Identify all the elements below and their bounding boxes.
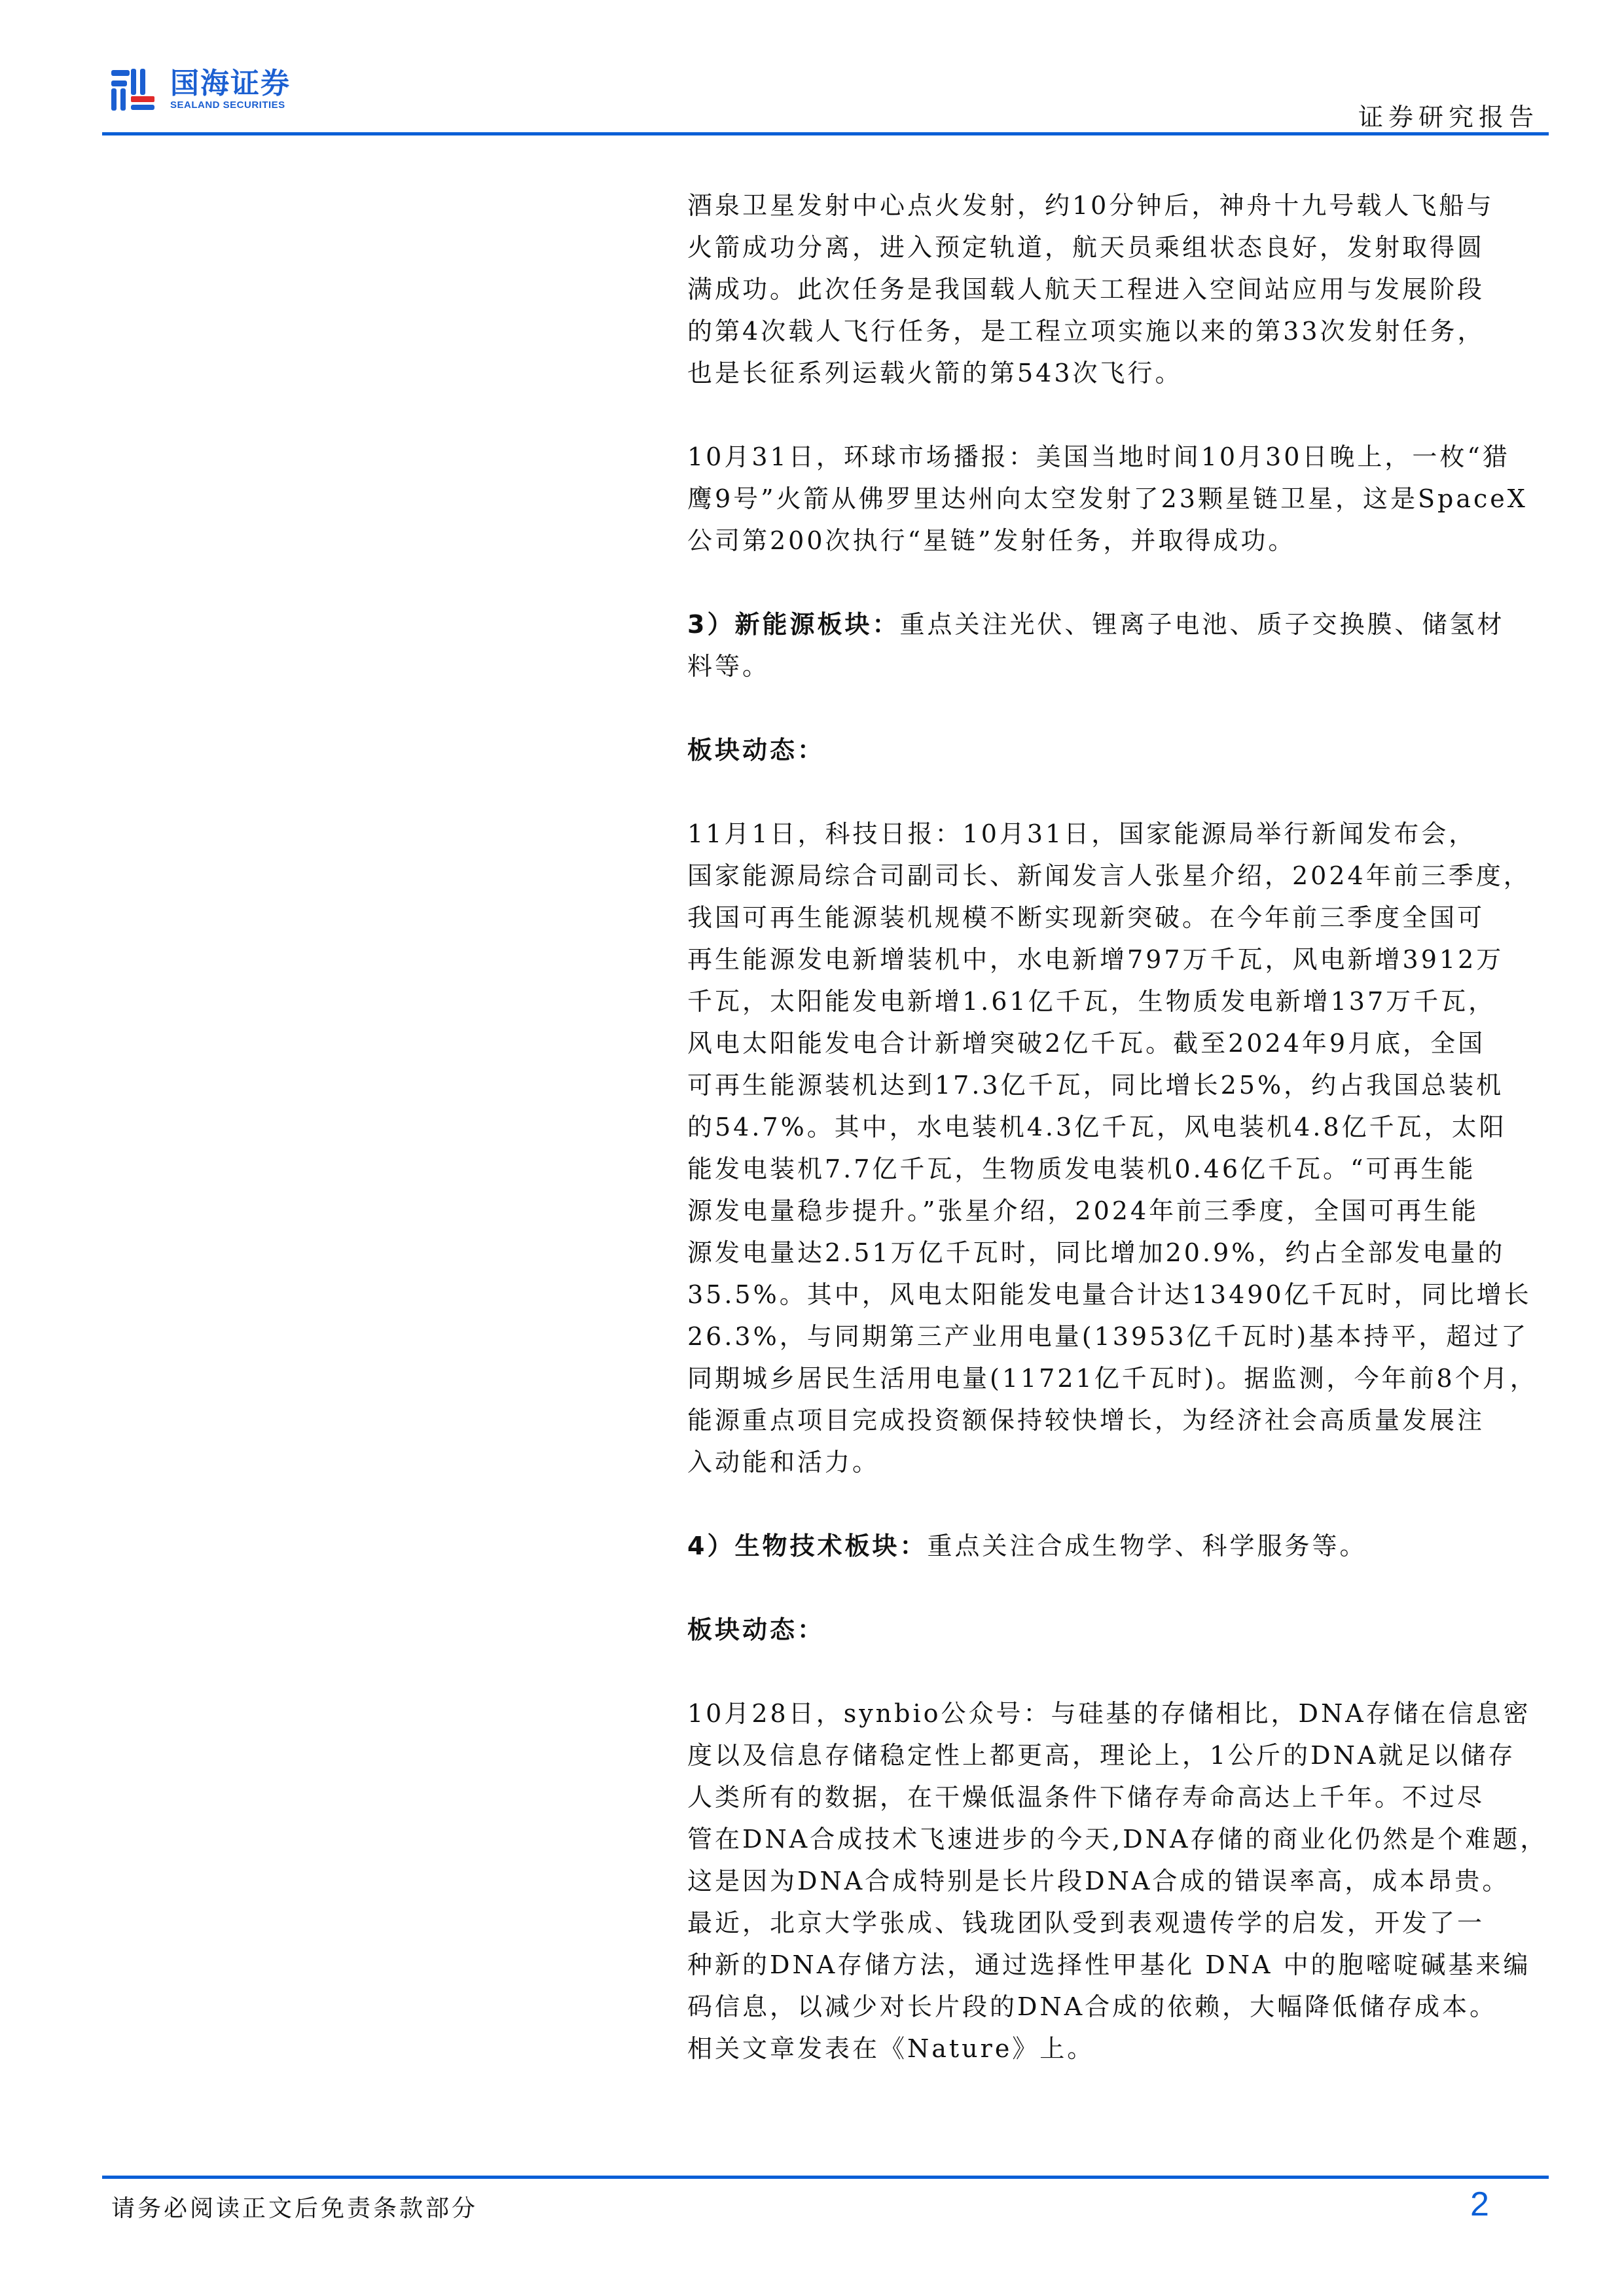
disclaimer-notice: 请务必阅读正文后免责条款部分: [111, 2190, 478, 2223]
text-line: 公司第200次执行“星链”发射任务，并取得成功。: [687, 520, 1545, 562]
paragraph-shenzhou-launch: 酒泉卫星发射中心点火发射，约10分钟后，神舟十九号载人飞船与 火箭成功分离，进入…: [687, 185, 1545, 394]
section-focus-text: 重点关注光伏、锂离子电池、质子交换膜、储氢材: [899, 610, 1504, 639]
report-type-label: 证券研究报告: [1358, 97, 1539, 133]
text-line: 管在DNA合成技术飞速进步的今天,DNA存储的商业化仍然是个难题，: [687, 1818, 1545, 1860]
text-line: 最近，北京大学张成、钱珑团队受到表观遗传学的启发，开发了一: [687, 1902, 1545, 1944]
text-line: 的54.7%。其中，水电装机4.3亿千瓦，风电装机4.8亿千瓦，太阳: [687, 1106, 1545, 1148]
text-line: 酒泉卫星发射中心点火发射，约10分钟后，神舟十九号载人飞船与: [687, 185, 1545, 226]
text-line: 码信息，以减少对长片段的DNA合成的依赖，大幅降低储存成本。: [687, 1986, 1545, 2028]
subheading-sector-news: 板块动态：: [687, 729, 1545, 771]
text-line: 人类所有的数据，在干燥低温条件下储存寿命高达上千年。不过尽: [687, 1776, 1545, 1818]
text-line: 同期城乡居民生活用电量(11721亿千瓦时)。据监测，今年前8个月，: [687, 1357, 1545, 1399]
text-line: 源发电量稳步提升。”张星介绍，2024年前三季度，全国可再生能: [687, 1190, 1545, 1232]
text-line: 国家能源局综合司副司长、新闻发言人张星介绍，2024年前三季度，: [687, 855, 1545, 897]
text-line: 风电太阳能发电合计新增突破2亿千瓦。截至2024年9月底，全国: [687, 1022, 1545, 1064]
report-body: 酒泉卫星发射中心点火发射，约10分钟后，神舟十九号载人飞船与 火箭成功分离，进入…: [687, 185, 1545, 2070]
text-line: 10月28日，synbio公众号：与硅基的存储相比，DNA存储在信息密: [687, 1693, 1545, 1734]
text-line: 度以及信息存储稳定性上都更高，理论上，1公斤的DNA就足以储存: [687, 1734, 1545, 1776]
text-line: 35.5%。其中，风电太阳能发电量合计达13490亿千瓦时，同比增长: [687, 1274, 1545, 1316]
page-header: 国海证券 SEALAND SECURITIES 证券研究报告: [0, 0, 1624, 137]
text-line: 的第4次载人飞行任务，是工程立项实施以来的第33次发射任务，: [687, 310, 1545, 352]
section-biotech: 4）生物技术板块：重点关注合成生物学、科学服务等。: [687, 1525, 1545, 1567]
logo-name-en: SEALAND SECURITIES: [170, 99, 291, 111]
company-logo: 国海证券 SEALAND SECURITIES: [111, 68, 291, 111]
text-line: 也是长征系列运载火箭的第543次飞行。: [687, 352, 1545, 394]
text-line: 我国可再生能源装机规模不断实现新突破。在今年前三季度全国可: [687, 897, 1545, 939]
text-line: 千瓦，太阳能发电新增1.61亿千瓦，生物质发电新增137万千瓦，: [687, 980, 1545, 1022]
footer-divider: [102, 2176, 1549, 2179]
text-line: 再生能源发电新增装机中，水电新增797万千瓦，风电新增3912万: [687, 939, 1545, 980]
section-new-energy: 3）新能源板块：重点关注光伏、锂离子电池、质子交换膜、储氢材 料等。: [687, 603, 1545, 687]
text-line: 11月1日，科技日报：10月31日，国家能源局举行新闻发布会，: [687, 813, 1545, 855]
text-line: 可再生能源装机达到17.3亿千瓦，同比增长25%，约占我国总装机: [687, 1064, 1545, 1106]
text-line: 鹰9号”火箭从佛罗里达州向太空发射了23颗星链卫星，这是SpaceX: [687, 478, 1545, 520]
text-line: 料等。: [687, 645, 1545, 687]
text-line: 相关文章发表在《Nature》上。: [687, 2028, 1545, 2070]
logo-name-cn: 国海证券: [170, 68, 291, 99]
text-line: 种新的DNA存储方法，通过选择性甲基化 DNA 中的胞嘧啶碱基来编: [687, 1944, 1545, 1986]
page-number: 2: [1470, 2185, 1489, 2224]
text-line: 火箭成功分离，进入预定轨道，航天员乘组状态良好，发射取得圆: [687, 226, 1545, 268]
text-line: 这是因为DNA合成特别是长片段DNA合成的错误率高，成本昂贵。: [687, 1860, 1545, 1902]
text-line: 满成功。此次任务是我国载人航天工程进入空间站应用与发展阶段: [687, 268, 1545, 310]
paragraph-renewable-energy: 11月1日，科技日报：10月31日，国家能源局举行新闻发布会， 国家能源局综合司…: [687, 813, 1545, 1483]
text-line: 26.3%，与同期第三产业用电量(13953亿千瓦时)基本持平，超过了: [687, 1316, 1545, 1357]
paragraph-dna-storage: 10月28日，synbio公众号：与硅基的存储相比，DNA存储在信息密 度以及信…: [687, 1693, 1545, 2070]
section-heading: 4）生物技术板块：: [687, 1532, 927, 1560]
text-line: 源发电量达2.51万亿千瓦时，同比增加20.9%，约占全部发电量的: [687, 1232, 1545, 1274]
section-focus-text: 重点关注合成生物学、科学服务等。: [927, 1532, 1367, 1560]
text-line: 入动能和活力。: [687, 1441, 1545, 1483]
text-line: 能源重点项目完成投资额保持较快增长，为经济社会高质量发展注: [687, 1399, 1545, 1441]
subheading-sector-news: 板块动态：: [687, 1609, 1545, 1651]
section-heading: 3）新能源板块：: [687, 610, 899, 639]
paragraph-starlink-launch: 10月31日，环球市场播报：美国当地时间10月30日晚上，一枚“猎 鹰9号”火箭…: [687, 436, 1545, 562]
sealand-logo-icon: [111, 69, 154, 111]
text-line: 10月31日，环球市场播报：美国当地时间10月30日晚上，一枚“猎: [687, 436, 1545, 478]
header-divider: [102, 132, 1549, 135]
text-line: 能发电装机7.7亿千瓦，生物质发电装机0.46亿千瓦。“可再生能: [687, 1148, 1545, 1190]
